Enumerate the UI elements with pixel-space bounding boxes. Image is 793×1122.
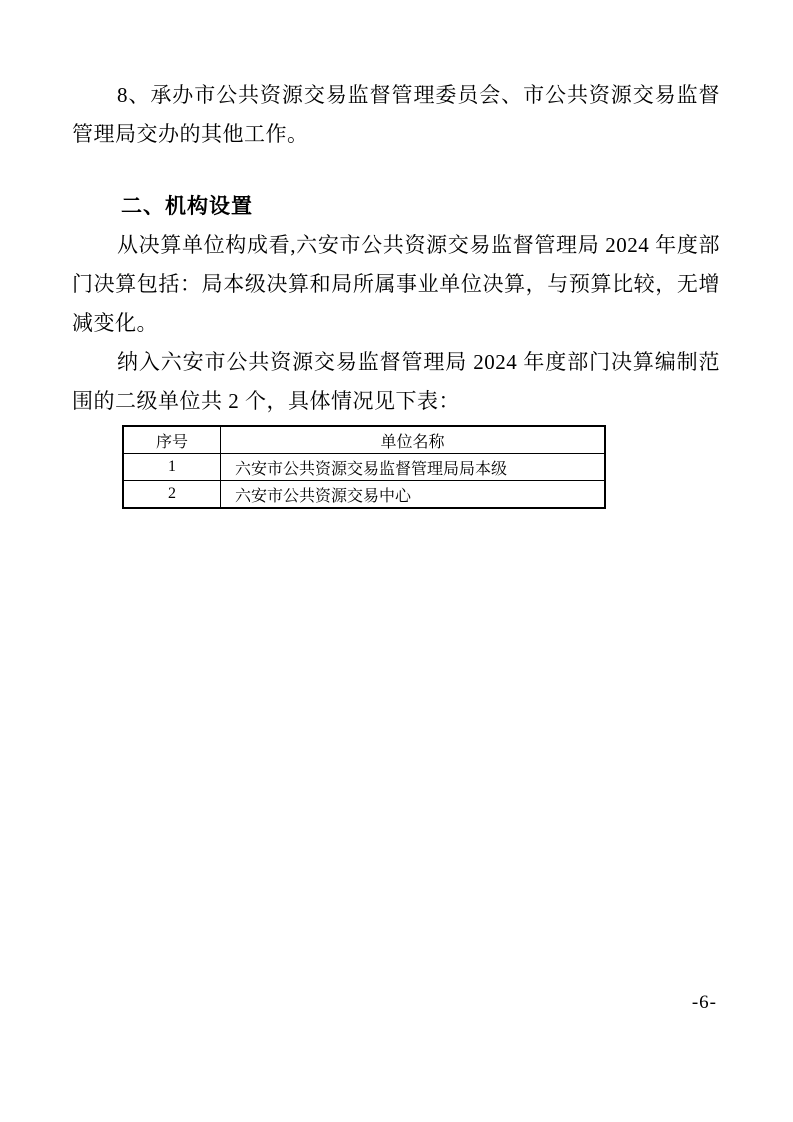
table-header-serial-number: 序号 — [123, 426, 221, 454]
table-header-unit-name: 单位名称 — [221, 426, 606, 454]
table-row: 1 六安市公共资源交易监督管理局局本级 — [123, 454, 605, 481]
paragraph-unit-composition: 从决算单位构成看,六安市公共资源交易监督管理局 2024 年度部门决算包括：局本… — [72, 226, 720, 343]
table-row: 2 六安市公共资源交易中心 — [123, 481, 605, 509]
page-number: -6- — [692, 992, 717, 1014]
document-page: 8、承办市公共资源交易监督管理委员会、市公共资源交易监督管理局交办的其他工作。 … — [0, 0, 793, 1122]
table-cell-unit-name: 六安市公共资源交易中心 — [221, 481, 606, 509]
table-cell-serial-number: 1 — [123, 454, 221, 481]
table-cell-serial-number: 2 — [123, 481, 221, 509]
page-content: 8、承办市公共资源交易监督管理委员会、市公共资源交易监督管理局交办的其他工作。 … — [72, 76, 720, 509]
table-cell-unit-name: 六安市公共资源交易监督管理局局本级 — [221, 454, 606, 481]
subordinate-units-table: 序号 单位名称 1 六安市公共资源交易监督管理局局本级 2 六安市公共资源交易中… — [122, 425, 606, 509]
table-header-row: 序号 单位名称 — [123, 426, 605, 454]
paragraph-compilation-scope: 纳入六安市公共资源交易监督管理局 2024 年度部门决算编制范围的二级单位共 2… — [72, 343, 720, 421]
section-heading-organization-setup: 二、机构设置 — [72, 187, 720, 226]
paragraph-item-8: 8、承办市公共资源交易监督管理委员会、市公共资源交易监督管理局交办的其他工作。 — [72, 76, 720, 154]
